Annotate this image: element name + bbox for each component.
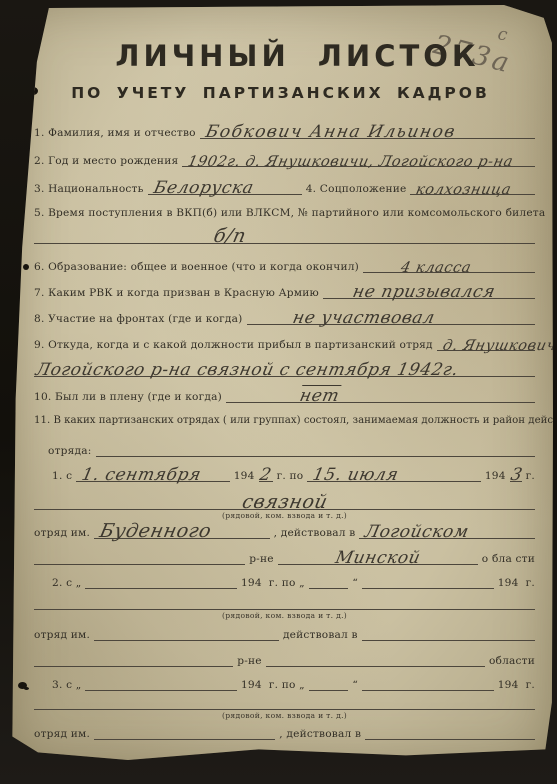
field-education-value: 4 класса — [399, 260, 472, 276]
field-party-line: б/п — [34, 219, 535, 244]
service1-unit-value: Буденного — [98, 520, 214, 542]
service3-unit-line — [94, 724, 275, 740]
scan-background: { "colors":{ "paper":"#cac0a1", "backgro… — [0, 0, 557, 784]
service1-dates-row: 1. с 1. сентября 194 2 г. по 15. июля 19… — [52, 466, 535, 482]
service2-from-line — [85, 573, 236, 589]
service3-year1: 194 г. по „ — [241, 679, 305, 691]
service2-unit-line — [94, 625, 279, 641]
service1-position-row: связной — [34, 487, 535, 510]
service2-district-line — [266, 651, 485, 667]
service3-from-line — [85, 675, 236, 691]
service1-prefix: 1. с — [52, 470, 72, 482]
service1-from-line: 1. сентября — [76, 466, 230, 482]
service1-unit-label: отряд им. — [34, 527, 90, 539]
field-arrival-cont-value: Логойского р-на связной с сентября 1942г… — [34, 360, 461, 380]
field-nationality-label: 3. Национальность — [34, 183, 144, 195]
service1-to-line: 15. июля — [307, 466, 481, 482]
field-fronts-line: не участвовал — [247, 309, 535, 325]
field-units-header-label: 11. В каких партизанских отрядах ( или г… — [34, 415, 557, 427]
field-draft-line: не призывался — [323, 283, 535, 299]
service2-district-lead-line — [34, 651, 233, 667]
service1-unit-row: отряд им. Буденного , действовал в Логой… — [34, 523, 535, 539]
field-pow-line: нет — [226, 387, 535, 403]
service1-district-label: р-не — [249, 553, 274, 565]
field-party-label: 5. Время поступления в ВКП(б) или ВЛКСМ,… — [34, 207, 545, 219]
field-party-answer-row: б/п — [34, 219, 535, 244]
field-nationality-value: Белоруска — [151, 178, 255, 198]
service1-to-value: 15. июля — [311, 465, 401, 485]
service2-quote: “ — [352, 577, 358, 589]
form-title: ЛИЧНЫЙ ЛИСТОК — [48, 39, 547, 73]
service1-district-row: р-не Минской о бла сти — [34, 549, 535, 565]
service1-district-line: Минской — [278, 549, 478, 565]
punch-hole-middle — [23, 264, 29, 270]
service3-unit-label: отряд им. — [34, 728, 90, 740]
field-birth-row: 2. Год и место рождения 1902г. д. Янушко… — [34, 151, 535, 167]
field-pow-row: 10. Был ли в плену (где и когда) нет — [34, 387, 535, 403]
service1-unit-line: Буденного — [94, 523, 270, 539]
service3-position-row — [34, 695, 535, 710]
field-nationality-row: 3. Национальность Белоруска 4. Соцположе… — [34, 179, 535, 195]
field-draft-value: не призывался — [350, 282, 496, 302]
service3-position-caption: (рядовой, ком. взвода и т. д.) — [34, 711, 535, 720]
field-education-line: 4 класса — [363, 257, 535, 273]
field-surname-row: 1. Фамилия, имя и отчество Бобкович Анна… — [34, 123, 535, 139]
service1-district-lead-line — [34, 549, 245, 565]
service2-position-caption: (рядовой, ком. взвода и т. д.) — [34, 611, 535, 620]
field-units-sublabel-row: отряда: — [48, 441, 535, 457]
field-units-sublabel-line — [96, 441, 535, 457]
field-pow-label: 10. Был ли в плену (где и когда) — [34, 391, 222, 403]
field-party-value: б/п — [212, 225, 249, 247]
service2-district-row: р-не области — [34, 651, 535, 667]
service1-position-value: связной — [240, 491, 330, 513]
field-units-sublabel: отряда: — [48, 445, 92, 457]
service1-position-caption: (рядовой, ком. взвода и т. д.) — [34, 511, 535, 520]
field-arrival-cont-line: Логойского р-на связной с сентября 1942г… — [34, 357, 535, 377]
field-birth-label: 2. Год и место рождения — [34, 155, 178, 167]
field-education-row: 6. Образование: общее и военное (что и к… — [34, 257, 535, 273]
service2-unit-row: отряд им. действовал в — [34, 625, 535, 641]
service1-from-value: 1. сентября — [80, 465, 203, 485]
field-arrival-value: д. Янушковичи — [441, 338, 557, 354]
paper-shading — [8, 5, 553, 763]
field-pow-value: нет — [298, 386, 341, 406]
service2-district-label: р-не — [237, 655, 262, 667]
field-draft-label: 7. Каким РВК и когда призван в Красную А… — [34, 287, 319, 299]
field-social-line: колхозница — [410, 179, 535, 195]
service1-acted-label: , действовал в — [274, 527, 356, 539]
field-arrival-cont-row: Логойского р-на связной с сентября 1942г… — [34, 357, 535, 377]
field-arrival-label: 9. Откуда, когда и с какой должности при… — [34, 339, 433, 351]
service1-to-year-line: 3 — [510, 466, 522, 482]
service2-acted-line — [362, 625, 535, 641]
service2-unit-label: отряд им. — [34, 629, 90, 641]
punch-hole-bottom — [18, 682, 27, 689]
service1-position-line: связной — [34, 487, 535, 510]
field-surname-value: Бобкович Анна Ильинов — [204, 122, 458, 142]
field-social-value: колхозница — [415, 182, 513, 198]
field-birth-value: 1902г. д. Янушковичи, Логойского р-на — [187, 154, 515, 170]
service1-district-value: Минской — [333, 548, 422, 568]
service3-quote: “ — [352, 679, 358, 691]
field-draft-row: 7. Каким РВК и когда призван в Красную А… — [34, 283, 535, 299]
service2-position-row — [34, 593, 535, 610]
service3-acted-label: , действовал в — [279, 728, 361, 740]
field-education-label: 6. Образование: общее и военное (что и к… — [34, 261, 359, 273]
service1-acted-line: Логойском — [359, 523, 535, 539]
service3-year2: 194 г. — [498, 679, 535, 691]
service3-to-line — [362, 675, 494, 691]
field-units-header-row: 11. В каких партизанских отрядах ( или г… — [34, 415, 535, 427]
service2-dates-row: 2. с „ 194 г. по „ “ 194 г. — [52, 573, 535, 589]
field-social-label: 4. Соцположение — [306, 183, 407, 195]
field-birth-line: 1902г. д. Янушковичи, Логойского р-на — [182, 151, 535, 167]
service2-year2: 194 г. — [498, 577, 535, 589]
service2-acted-label: действовал в — [283, 629, 358, 641]
service1-from-year-line: 2 — [259, 466, 273, 482]
service2-oblast-label: области — [489, 655, 535, 667]
service3-unit-row: отряд им. , действовал в — [34, 724, 535, 740]
field-surname-line: Бобкович Анна Ильинов — [200, 123, 535, 139]
service1-mid: г. по — [277, 470, 304, 482]
service1-acted-value: Логойском — [363, 522, 471, 542]
field-nationality-line: Белоруска — [148, 179, 302, 195]
form-subtitle: ПО УЧЕТУ ПАРТИЗАНСКИХ КАДРОВ — [18, 84, 543, 102]
field-party-row: 5. Время поступления в ВКП(б) или ВЛКСМ,… — [34, 207, 535, 219]
field-arrival-row: 9. Откуда, когда и с какой должности при… — [34, 335, 535, 351]
service1-year1: 194 — [234, 470, 255, 482]
field-arrival-line: д. Янушковичи — [437, 335, 535, 351]
service1-suffix: г. — [526, 470, 535, 482]
service2-quote-line — [309, 573, 349, 589]
service2-position-line — [34, 593, 535, 610]
service3-quote-line — [309, 675, 349, 691]
field-fronts-value: не участвовал — [291, 308, 437, 328]
field-surname-label: 1. Фамилия, имя и отчество — [34, 127, 196, 139]
service2-prefix: 2. с „ — [52, 577, 81, 589]
service1-oblast-label: о бла сти — [482, 553, 535, 565]
form-paper: с 273а ЛИЧНЫЙ ЛИСТОК ПО УЧЕТУ ПАРТИЗАНСК… — [8, 5, 553, 763]
service3-prefix: 3. с „ — [52, 679, 81, 691]
service1-year2: 194 — [485, 470, 506, 482]
field-fronts-label: 8. Участие на фронтах (где и когда) — [34, 313, 243, 325]
service2-to-line — [362, 573, 494, 589]
service3-dates-row: 3. с „ 194 г. по „ “ 194 г. — [52, 675, 535, 691]
service3-acted-line — [365, 724, 535, 740]
service1-to-year: 3 — [509, 465, 525, 485]
service2-year1: 194 г. по „ — [241, 577, 305, 589]
service1-from-year: 2 — [257, 465, 273, 485]
field-fronts-row: 8. Участие на фронтах (где и когда) не у… — [34, 309, 535, 325]
service3-position-line — [34, 695, 535, 710]
